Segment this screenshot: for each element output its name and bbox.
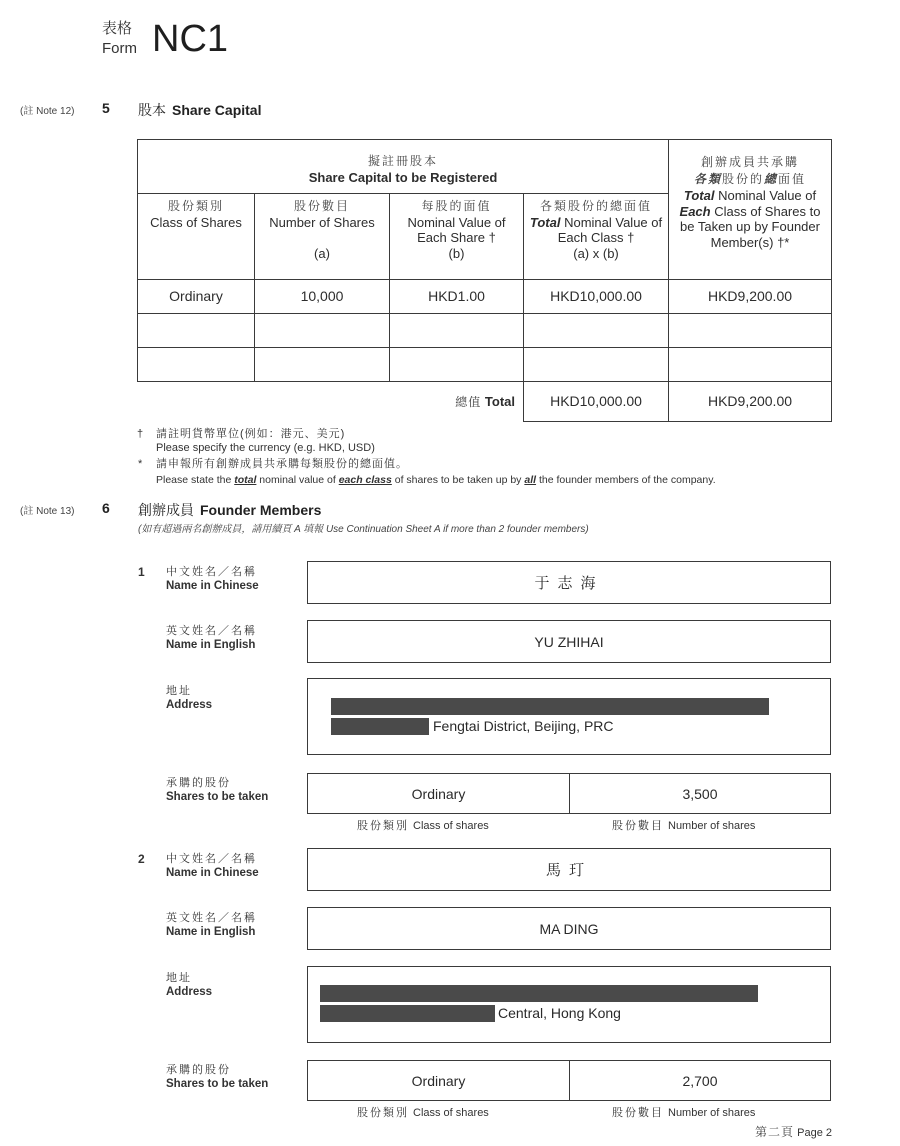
section6-note: (註 Note 13) <box>20 502 74 517</box>
total-value-class: HKD10,000.00 <box>524 382 669 422</box>
member-1-shares-label: 承購的股份 Shares to be taken <box>166 776 268 804</box>
group-header: 擬註冊股本 Share Capital to be Registered <box>138 140 669 194</box>
footnote-dagger-en: Please specify the currency (e.g. HKD, U… <box>156 442 375 455</box>
member-2-index: 2 <box>138 852 145 866</box>
total-label: 總值 Total <box>390 382 524 422</box>
member-1-name-chinese-field[interactable]: 于志海 <box>307 561 831 604</box>
member-1-name-en-label: 英文姓名／名稱 Name in English <box>166 624 257 652</box>
member-2-shares-label: 承購的股份 Shares to be taken <box>166 1063 268 1091</box>
member-1-shares-field: Ordinary 3,500 <box>307 773 831 814</box>
member-1-address-label: 地址 Address <box>166 684 212 712</box>
share-capital-table: 擬註冊股本 Share Capital to be Registered 創辦成… <box>137 139 832 422</box>
form-code: NC1 <box>152 18 228 60</box>
member-1-address-text: Fengtai District, Beijing, PRC <box>433 718 614 734</box>
table-row: Ordinary 10,000 HKD1.00 HKD10,000.00 HKD… <box>138 280 832 314</box>
member-2-name-english-field[interactable]: MA DING <box>307 907 831 950</box>
section5-number: 5 <box>102 100 110 116</box>
member-2-class-caption: 股份類別Class of shares <box>357 1104 489 1120</box>
member-2-shares-field: Ordinary 2,700 <box>307 1060 831 1101</box>
col-header-number: 股份數目 Number of Shares (a) <box>255 194 390 280</box>
redaction-bar <box>331 718 429 735</box>
col-header-total-class: 各類股份的總面值 Total Nominal Value of Each Cla… <box>524 194 669 280</box>
section5-note: (註 Note 12) <box>20 102 74 117</box>
footnote-star-cn: 請申報所有創辦成員共承購每類股份的總面值。 <box>156 458 408 471</box>
member-1-name-english-field[interactable]: YU ZHIHAI <box>307 620 831 663</box>
section6-title: 創辦成員Founder Members <box>138 500 321 520</box>
member-2-name-chinese-field[interactable]: 馬玎 <box>307 848 831 891</box>
footnote-star-symbol: * <box>138 458 142 471</box>
section5-title: 股本Share Capital <box>138 100 261 120</box>
footnote-dagger-symbol: † <box>137 428 143 441</box>
section5-title-cn: 股本 <box>138 103 166 119</box>
member-2-number-caption: 股份數目Number of shares <box>612 1104 755 1120</box>
total-value-founder: HKD9,200.00 <box>669 382 832 422</box>
member-1-number-caption: 股份數目Number of shares <box>612 817 755 833</box>
group-header-en: Share Capital to be Registered <box>140 170 666 186</box>
redaction-bar <box>320 985 758 1002</box>
member-2-name-en-label: 英文姓名／名稱 Name in English <box>166 911 257 939</box>
section6-subtitle: (如有超過兩名創辦成員，請用續頁 A 填報 Use Continuation S… <box>138 520 589 535</box>
section6-number: 6 <box>102 500 110 516</box>
footnote-star-en: Please state the total nominal value of … <box>156 474 716 487</box>
member-2-share-number[interactable]: 2,700 <box>569 1061 830 1100</box>
form-label-en: Form <box>102 40 137 57</box>
col-header-founder-total: 創辦成員共承購 各類股份的總面值 Total Nominal Value of … <box>669 140 832 280</box>
page-number: 第二頁 Page 2 <box>755 1123 832 1140</box>
member-1-share-class[interactable]: Ordinary <box>308 774 569 813</box>
redaction-bar <box>331 698 769 715</box>
member-1-index: 1 <box>138 565 145 579</box>
col-header-class: 股份類別 Class of Shares <box>138 194 255 280</box>
member-2-address-text: Central, Hong Kong <box>498 1005 621 1021</box>
member-1-name-cn-label: 中文姓名／名稱 Name in Chinese <box>166 565 259 593</box>
col-header-nominal: 每股的面值 Nominal Value of Each Share † (b) <box>390 194 524 280</box>
group-header-cn: 擬註冊股本 <box>140 154 666 170</box>
footnote-dagger-cn: 請註明貨幣單位(例如：港元、美元) <box>156 428 345 441</box>
total-row: 總值 Total HKD10,000.00 HKD9,200.00 <box>138 382 832 422</box>
member-1-class-caption: 股份類別Class of shares <box>357 817 489 833</box>
table-row <box>138 314 832 348</box>
section5-title-en: Share Capital <box>172 102 261 118</box>
member-2-share-class[interactable]: Ordinary <box>308 1061 569 1100</box>
member-1-share-number[interactable]: 3,500 <box>569 774 830 813</box>
member-1-address-field[interactable] <box>307 678 831 755</box>
table-row <box>138 348 832 382</box>
form-label-cn: 表格 <box>102 20 132 37</box>
member-2-address-label: 地址 Address <box>166 971 212 999</box>
redaction-bar <box>320 1005 495 1022</box>
member-2-name-cn-label: 中文姓名／名稱 Name in Chinese <box>166 852 259 880</box>
